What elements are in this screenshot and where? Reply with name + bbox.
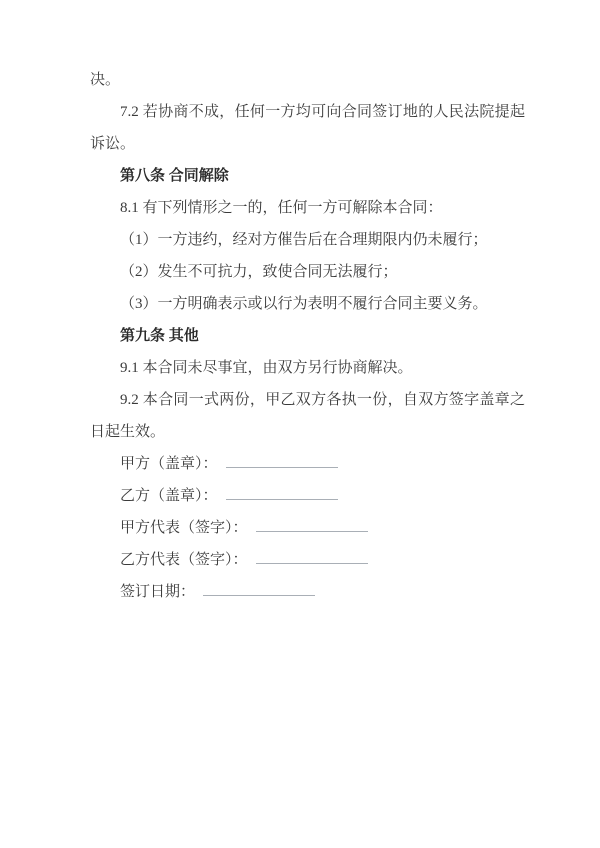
paragraph: 第九条 其他	[90, 320, 525, 352]
document-page: 决。 7.2 若协商不成，任何一方均可向合同签订地的人民法院提起诉讼。 第八条 …	[0, 0, 600, 848]
paragraph: 7.2 若协商不成，任何一方均可向合同签订地的人民法院提起诉讼。	[90, 96, 525, 160]
paragraph: 第八条 合同解除	[90, 160, 525, 192]
signature-label: 乙方（盖章）：	[120, 488, 218, 504]
paragraph: （2）发生不可抗力，致使合同无法履行；	[90, 256, 525, 288]
signature-block: 甲方（盖章）： 乙方（盖章）： 甲方代表（签字）： 乙方代表（签字）： 签订日期…	[90, 448, 525, 608]
signature-label: 乙方代表（签字）：	[120, 552, 248, 568]
signature-row: 签订日期：	[90, 576, 525, 608]
paragraph: （3）一方明确表示或以行为表明不履行合同主要义务。	[90, 288, 525, 320]
signature-row: 乙方代表（签字）：	[90, 544, 525, 576]
paragraph: （1）一方违约，经对方催告后在合理期限内仍未履行；	[90, 224, 525, 256]
signature-blank-line	[226, 486, 338, 500]
signature-label: 甲方（盖章）：	[120, 456, 218, 472]
paragraph: 9.1 本合同未尽事宜，由双方另行协商解决。	[90, 352, 525, 384]
signature-blank-line	[203, 582, 315, 596]
signature-blank-line	[226, 454, 338, 468]
signature-blank-line	[256, 518, 368, 532]
signature-label: 甲方代表（签字）：	[120, 520, 248, 536]
signature-row: 乙方（盖章）：	[90, 480, 525, 512]
signature-row: 甲方代表（签字）：	[90, 512, 525, 544]
paragraph: 9.2 本合同一式两份，甲乙双方各执一份，自双方签字盖章之日起生效。	[90, 384, 525, 448]
paragraph: 8.1 有下列情形之一的，任何一方可解除本合同：	[90, 192, 525, 224]
signature-label: 签订日期：	[120, 584, 195, 600]
signature-row: 甲方（盖章）：	[90, 448, 525, 480]
document-body: 决。 7.2 若协商不成，任何一方均可向合同签订地的人民法院提起诉讼。 第八条 …	[90, 64, 525, 448]
signature-blank-line	[256, 550, 368, 564]
paragraph: 决。	[90, 64, 525, 96]
